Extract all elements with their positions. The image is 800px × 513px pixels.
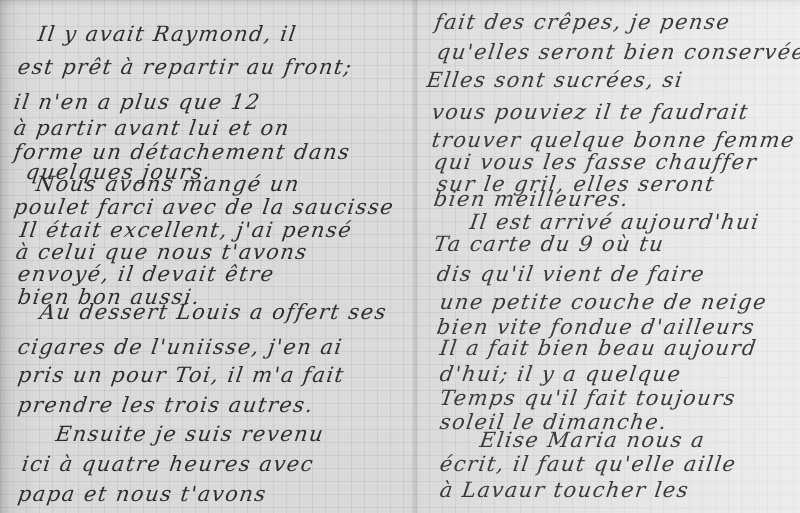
handwritten-line: Il est arrivé aujourd'hui: [468, 210, 761, 234]
handwritten-line: Il y avait Raymond, il: [36, 22, 298, 46]
handwritten-line: il n'en a plus que 12: [12, 90, 262, 114]
handwritten-line: écrit, il faut qu'elle aille: [438, 452, 738, 476]
handwritten-line: Temps qu'il fait toujours: [438, 386, 738, 410]
handwritten-line: Au dessert Louis a offert ses: [38, 300, 388, 324]
handwritten-line: cigares de l'uniisse, j'en ai: [16, 335, 344, 359]
handwritten-line: Il a fait bien beau aujourd: [438, 336, 758, 360]
handwritten-line: Il était excellent, j'ai pensé: [18, 218, 354, 242]
handwritten-line: trouver quelque bonne femme: [430, 128, 796, 152]
handwritten-line: une petite couche de neige: [438, 290, 768, 314]
handwritten-line: vous pouviez il te faudrait: [430, 100, 750, 124]
handwritten-line: à partir avant lui et on: [12, 116, 291, 140]
handwritten-line: Elles sont sucrées, si: [425, 68, 685, 92]
handwritten-line: d'hui; il y a quelque: [438, 362, 683, 386]
handwritten-line: ici à quatre heures avec: [20, 452, 315, 476]
handwritten-line: papa et nous t'avons: [16, 482, 268, 506]
handwritten-line: poulet farci avec de la saucisse: [12, 195, 396, 219]
handwritten-line: Ensuite je suis revenu: [54, 422, 326, 446]
handwritten-line: Elise Maria nous a: [478, 428, 707, 452]
handwritten-line: à celui que nous t'avons: [14, 240, 309, 264]
handwritten-line: prendre les trois autres.: [16, 393, 315, 417]
handwritten-line: Ta carte du 9 où tu: [432, 232, 666, 256]
handwritten-line: Nous avons mangé un: [34, 172, 301, 196]
letter-scan: Il y avait Raymond, ilest prêt à reparti…: [0, 0, 800, 513]
handwritten-line: qu'elles seront bien conservées: [435, 40, 800, 64]
handwritten-line: est prêt à repartir au front;: [16, 55, 354, 79]
handwritten-line: qui vous les fasse chauffer: [432, 150, 759, 174]
handwritten-line: bien meilleures.: [432, 187, 631, 211]
handwritten-line: dis qu'il vient de faire: [435, 262, 707, 286]
page-gutter: [412, 0, 418, 513]
handwritten-line: à Lavaur toucher les: [438, 478, 691, 502]
handwritten-line: pris un pour Toi, il m'a fait: [16, 363, 346, 387]
handwritten-line: envoyé, il devait être: [16, 262, 276, 286]
handwritten-line: fait des crêpes, je pense: [433, 10, 732, 34]
